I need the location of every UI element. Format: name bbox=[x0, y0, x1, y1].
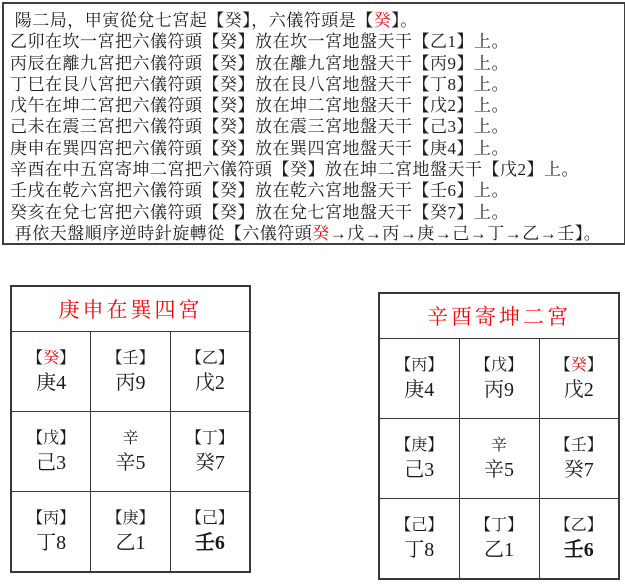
intro-line-text: 再依天盤順序逆時針旋轉從【六儀符頭 bbox=[10, 224, 312, 243]
grid-cell: 【己】 壬6 bbox=[170, 492, 250, 573]
left-palace-grid: 庚申在巽四宮 【癸】 庚4 【壬】 丙9 【乙】 戊2 【戊】 己3 辛 辛5 … bbox=[10, 285, 251, 573]
cell-heaven-stem: 【戊】 bbox=[12, 429, 90, 449]
intro-line-text: 丁巳在艮八宮把六儀符頭【癸】放在艮八宮地盤天干【丁8】上。 bbox=[10, 75, 509, 94]
cell-earth-stem: 戊2 bbox=[171, 371, 249, 395]
intro-line: 乙卯在坎一宮把六儀符頭【癸】放在坎一宮地盤天干【乙1】上。 bbox=[10, 31, 622, 52]
cell-earth-stem: 乙1 bbox=[91, 531, 170, 555]
grid-cell: 【癸】 庚4 bbox=[11, 332, 91, 412]
cell-heaven-stem: 【丁】 bbox=[171, 429, 249, 449]
grid-title: 辛酉寄坤二宮 bbox=[379, 293, 619, 339]
red-highlight: 癸 bbox=[43, 350, 59, 367]
grid-cell: 辛 辛5 bbox=[91, 412, 171, 492]
cell-heaven-stem: 【丁】 bbox=[460, 516, 539, 536]
intro-line: 辛酉在中五宮寄坤二宮把六儀符頭【癸】放在坤二宮地盤天干【戊2】上。 bbox=[10, 159, 622, 180]
cell-earth-stem: 壬6 bbox=[540, 538, 619, 562]
cell-earth-stem: 丙9 bbox=[460, 378, 539, 402]
intro-line-text: →戊→丙→庚→己→丁→乙→壬】。 bbox=[330, 224, 602, 243]
intro-line-text: 】。 bbox=[391, 11, 418, 30]
grid-cell: 【壬】 丙9 bbox=[91, 332, 171, 412]
red-highlight: 癸 bbox=[374, 11, 392, 30]
intro-line: 再依天盤順序逆時針旋轉從【六儀符頭癸→戊→丙→庚→己→丁→乙→壬】。 bbox=[10, 223, 622, 244]
grid-cell: 【庚】 乙1 bbox=[91, 492, 171, 573]
intro-line: 陽二局，甲寅從兌七宮起【癸】，六儀符頭是【癸】。 bbox=[10, 10, 622, 31]
intro-line-text: 乙卯在坎一宮把六儀符頭【癸】放在坎一宮地盤天干【乙1】上。 bbox=[10, 32, 509, 51]
intro-line-text: 戊午在坤二宮把六儀符頭【癸】放在坤二宮地盤天干【戊2】上。 bbox=[10, 96, 509, 115]
grid-cell: 【戊】 己3 bbox=[11, 412, 91, 492]
grid-cell: 【庚】 己3 bbox=[379, 419, 459, 499]
cell-heaven-stem: 【壬】 bbox=[540, 436, 619, 456]
intro-box: 陽二局，甲寅從兌七宮起【癸】，六儀符頭是【癸】。 乙卯在坎一宮把六儀符頭【癸】放… bbox=[2, 2, 625, 245]
grid-cell: 【戊】 丙9 bbox=[459, 339, 539, 419]
cell-heaven-stem: 【庚】 bbox=[380, 436, 459, 456]
grid-title: 庚申在巽四宮 bbox=[11, 286, 250, 332]
cell-heaven-stem: 【乙】 bbox=[540, 516, 619, 536]
grid-cell: 【己】 丁8 bbox=[379, 499, 459, 580]
grid-cell: 【壬】 癸7 bbox=[539, 419, 619, 499]
cell-heaven-stem: 【戊】 bbox=[460, 356, 539, 376]
cell-heaven-stem: 辛 bbox=[91, 429, 170, 449]
grid-cell: 【丁】 乙1 bbox=[459, 499, 539, 580]
red-highlight: 癸 bbox=[571, 357, 587, 374]
cell-heaven-stem: 辛 bbox=[460, 436, 539, 456]
intro-line-text: 癸亥在兌七宮把六儀符頭【癸】放在兌七宮地盤天干【癸7】上。 bbox=[10, 203, 509, 222]
intro-line-text: 丙辰在離九宮把六儀符頭【癸】放在離九宮地盤天干【丙9】上。 bbox=[10, 54, 509, 73]
cell-earth-stem: 己3 bbox=[380, 458, 459, 482]
grid-cell: 【丁】 癸7 bbox=[170, 412, 250, 492]
cell-earth-stem: 庚4 bbox=[12, 371, 90, 395]
cell-heaven-stem: 【丙】 bbox=[12, 509, 90, 529]
grid-cell: 【丙】 庚4 bbox=[379, 339, 459, 419]
cell-earth-stem: 辛5 bbox=[91, 451, 170, 475]
intro-line: 丁巳在艮八宮把六儀符頭【癸】放在艮八宮地盤天干【丁8】上。 bbox=[10, 74, 622, 95]
right-palace-grid: 辛酉寄坤二宮 【丙】 庚4 【戊】 丙9 【癸】 戊2 【庚】 己3 辛 辛5 … bbox=[378, 292, 620, 580]
intro-line: 戊午在坤二宮把六儀符頭【癸】放在坤二宮地盤天干【戊2】上。 bbox=[10, 95, 622, 116]
cell-earth-stem: 庚4 bbox=[380, 378, 459, 402]
cell-earth-stem: 丁8 bbox=[12, 531, 90, 555]
cell-heaven-stem: 【丙】 bbox=[380, 356, 459, 376]
cell-heaven-stem: 【庚】 bbox=[91, 509, 170, 529]
intro-line-text: 庚申在巽四宮把六儀符頭【癸】放在巽四宮地盤天干【庚4】上。 bbox=[10, 139, 509, 158]
grid-cell: 【癸】 戊2 bbox=[539, 339, 619, 419]
cell-earth-stem: 辛5 bbox=[460, 458, 539, 482]
intro-line: 庚申在巽四宮把六儀符頭【癸】放在巽四宮地盤天干【庚4】上。 bbox=[10, 138, 622, 159]
cell-earth-stem: 乙1 bbox=[460, 538, 539, 562]
cell-heaven-stem: 【癸】 bbox=[12, 349, 90, 369]
intro-line-text: 陽二局，甲寅從兌七宮起【癸】，六儀符頭是【 bbox=[10, 11, 374, 30]
grid-cell: 【乙】 壬6 bbox=[539, 499, 619, 580]
cell-heaven-stem: 【壬】 bbox=[91, 349, 170, 369]
cell-heaven-stem: 【己】 bbox=[380, 516, 459, 536]
grid-cell: 辛 辛5 bbox=[459, 419, 539, 499]
red-highlight: 癸 bbox=[312, 224, 330, 243]
cell-heaven-stem: 【乙】 bbox=[171, 349, 249, 369]
cell-earth-stem: 壬6 bbox=[171, 531, 249, 555]
cell-heaven-stem: 【癸】 bbox=[540, 356, 619, 376]
cell-earth-stem: 戊2 bbox=[540, 378, 619, 402]
cell-earth-stem: 癸7 bbox=[540, 458, 619, 482]
cell-earth-stem: 丁8 bbox=[380, 538, 459, 562]
intro-line-text: 壬戌在乾六宮把六儀符頭【癸】放在乾六宮地盤天干【壬6】上。 bbox=[10, 181, 509, 200]
intro-line: 己未在震三宮把六儀符頭【癸】放在震三宮地盤天干【己3】上。 bbox=[10, 116, 622, 137]
intro-line: 癸亥在兌七宮把六儀符頭【癸】放在兌七宮地盤天干【癸7】上。 bbox=[10, 202, 622, 223]
cell-earth-stem: 己3 bbox=[12, 451, 90, 475]
grid-cell: 【乙】 戊2 bbox=[170, 332, 250, 412]
intro-line: 丙辰在離九宮把六儀符頭【癸】放在離九宮地盤天干【丙9】上。 bbox=[10, 53, 622, 74]
intro-line: 壬戌在乾六宮把六儀符頭【癸】放在乾六宮地盤天干【壬6】上。 bbox=[10, 180, 622, 201]
intro-line-text: 己未在震三宮把六儀符頭【癸】放在震三宮地盤天干【己3】上。 bbox=[10, 117, 509, 136]
cell-earth-stem: 癸7 bbox=[171, 451, 249, 475]
cell-earth-stem: 丙9 bbox=[91, 371, 170, 395]
cell-heaven-stem: 【己】 bbox=[171, 509, 249, 529]
grid-cell: 【丙】 丁8 bbox=[11, 492, 91, 573]
intro-line-text: 辛酉在中五宮寄坤二宮把六儀符頭【癸】放在坤二宮地盤天干【戊2】上。 bbox=[10, 160, 579, 179]
